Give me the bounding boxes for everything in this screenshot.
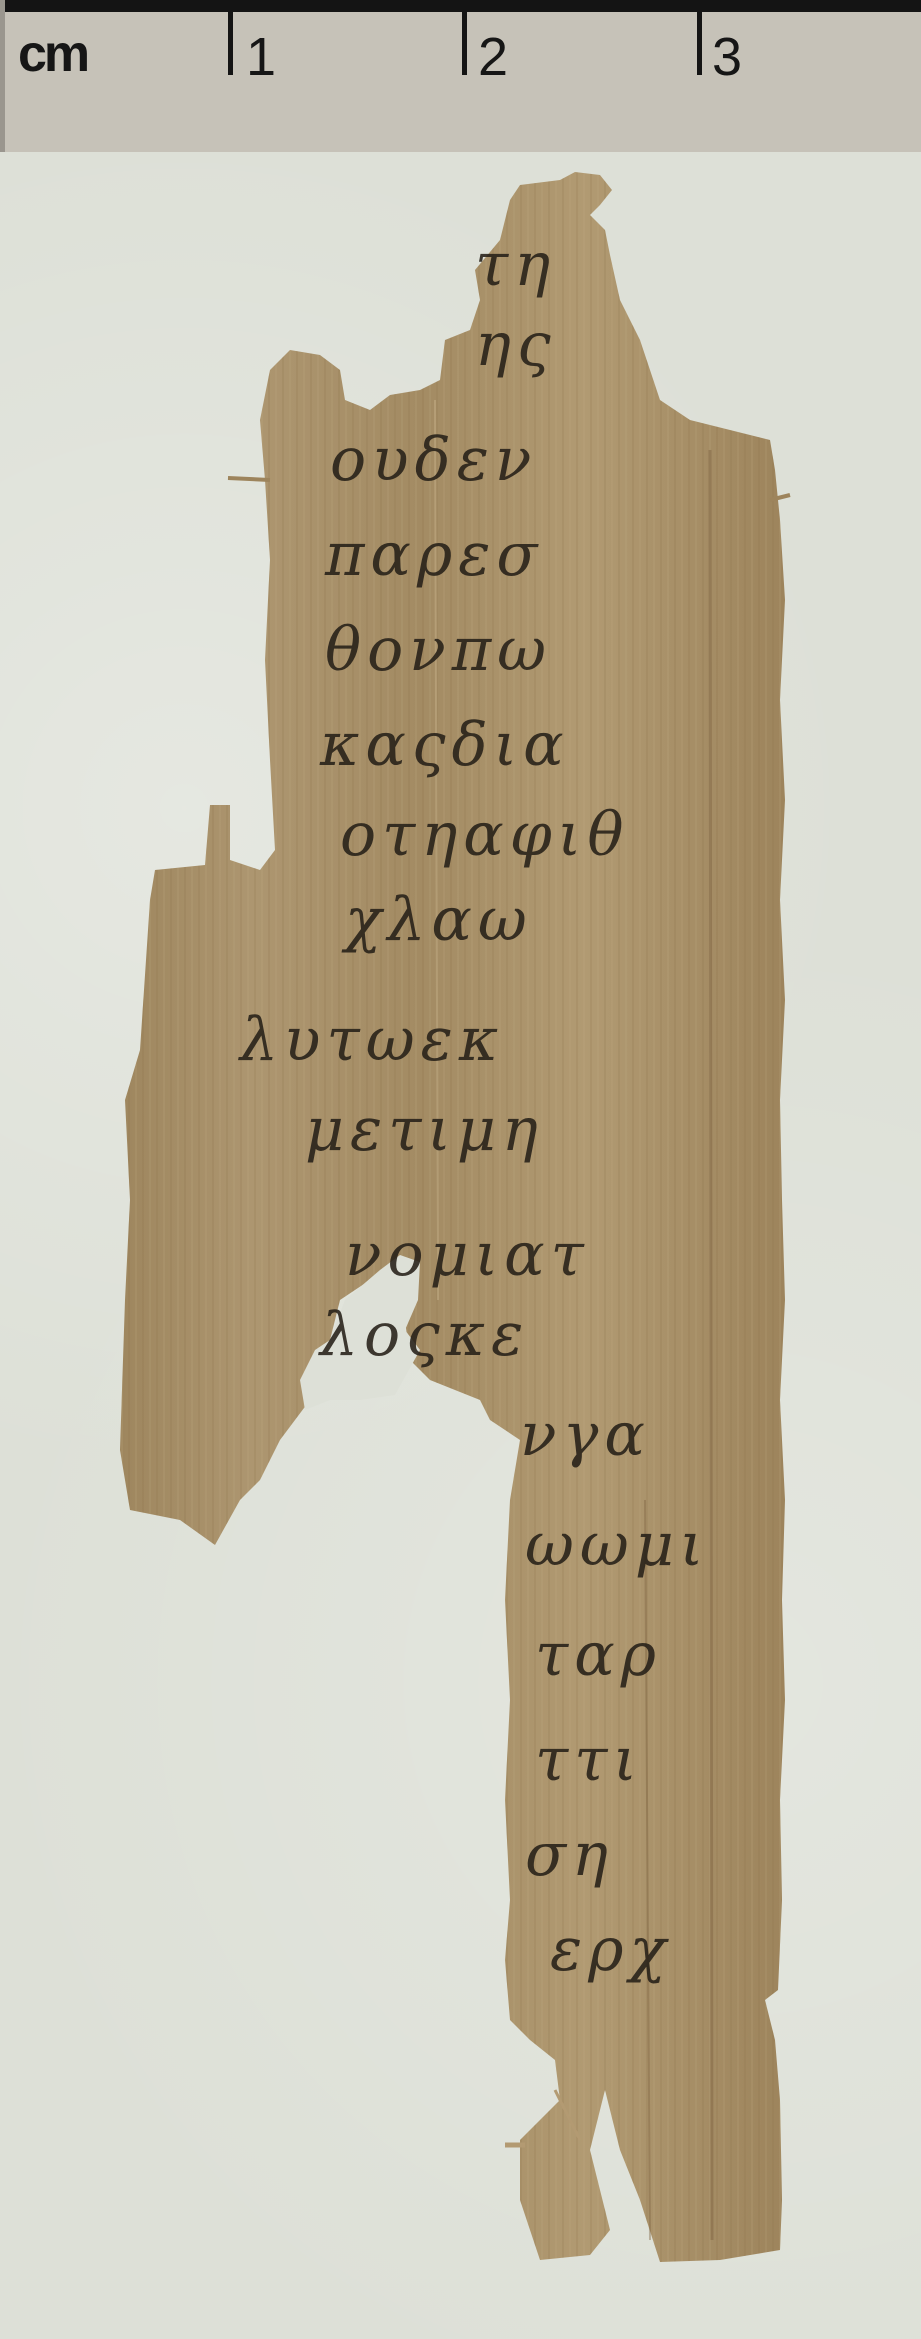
papyrus-fragment <box>0 0 921 2339</box>
fibre-streak <box>710 450 712 2240</box>
papyrus-text-line-3: ουδεν <box>330 425 537 495</box>
papyrus-text-line-18: ερχ <box>550 1915 672 1985</box>
papyrus-text-line-17: ση <box>525 1820 614 1890</box>
papyrus-text-line-8: χλαω <box>345 885 533 955</box>
papyrus-text-line-10: μετιμη <box>305 1095 544 1165</box>
papyrus-text-line-12: λοςκε <box>320 1300 529 1370</box>
papyrus-text-line-6: καςδια <box>320 710 570 780</box>
papyrus-text-line-16: ττι <box>535 1725 643 1795</box>
papyrus-text-line-7: οτηαφιθ <box>340 800 629 870</box>
stray-fibre <box>228 478 270 480</box>
papyrus-text-line-5: θονπω <box>325 615 552 685</box>
papyrus-text-line-4: παρεσ <box>325 520 543 590</box>
papyrus-text-line-15: ταρ <box>535 1620 662 1690</box>
papyrus-text-line-11: νομιατ <box>345 1220 590 1290</box>
papyrus-text-line-9: λυτωεκ <box>240 1005 504 1075</box>
papyrus-text-line-1: τη <box>475 230 556 300</box>
papyrus-text-line-13: νγα <box>520 1400 651 1470</box>
papyrus-text-line-14: ωωμι <box>525 1510 709 1580</box>
papyrus-text-line-2: ης <box>475 310 557 380</box>
